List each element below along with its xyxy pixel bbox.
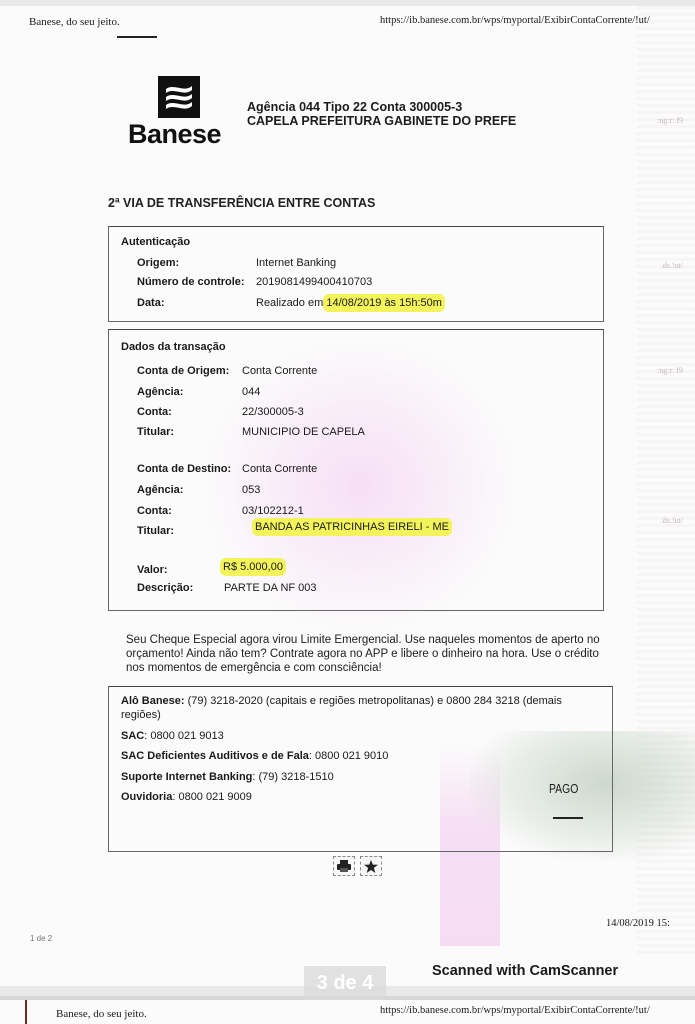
print-button[interactable] <box>333 856 355 876</box>
printer-icon <box>337 860 351 872</box>
header-slogan: Banese, do seu jeito. <box>56 1008 147 1020</box>
section-title: Dados da transação <box>121 341 226 353</box>
highlighted-amount: R$ 5.000,00 <box>223 561 283 573</box>
contact-sac: SAC: 0800 021 9013 <box>121 730 224 742</box>
field-label: Conta: <box>137 505 172 517</box>
contact-sac-deficientes: SAC Deficientes Auditivos e de Fala: 080… <box>121 750 388 762</box>
field-value: 044 <box>242 386 260 398</box>
field-label: Data: <box>137 297 165 309</box>
field-label: Titular: <box>137 525 174 537</box>
destination-holder: Titular: BANDA AS PATRICINHAS EIRELI - M… <box>137 525 174 537</box>
promo-message: Seu Cheque Especial agora virou Limite E… <box>126 633 616 675</box>
destination-agency: Agência: 053 <box>137 484 183 496</box>
field-label: Conta de Origem: <box>137 365 229 377</box>
contact-value: : 0800 021 9010 <box>309 750 389 762</box>
field-value: PARTE DA NF 003 <box>224 582 317 594</box>
page-marker: 1 de 2 <box>30 934 52 943</box>
contact-label: SAC <box>121 730 144 742</box>
field-label: Titular: <box>137 426 174 438</box>
field-value: 22/300005-3 <box>242 406 304 418</box>
document-title: 2ª VIA DE TRANSFERÊNCIA ENTRE CONTAS <box>108 196 375 210</box>
field-label: Valor: <box>137 564 168 576</box>
contact-label: SAC Deficientes Auditivos e de Fala <box>121 750 309 762</box>
brand-logo-text: Banese <box>128 119 221 150</box>
contact-label: Alô Banese: <box>121 695 185 707</box>
favorite-button[interactable] <box>360 856 382 876</box>
field-label: Conta: <box>137 406 172 418</box>
banese-waves-icon <box>158 76 200 118</box>
header-slogan: Banese, do seu jeito. <box>29 16 120 28</box>
scanned-page: :ng:r: f9 .ds.!ut/ :ng:r: f9 .ds.!ut/ Ba… <box>0 6 695 986</box>
contact-suporte: Suporte Internet Banking: (79) 3218-1510 <box>121 771 334 783</box>
camscanner-watermark: Scanned with CamScanner <box>432 963 618 979</box>
paid-stamp: PAGO <box>549 781 578 796</box>
highlighted-holder: BANDA AS PATRICINHAS EIRELI - ME <box>255 521 449 533</box>
account-header-line1: Agência 044 Tipo 22 Conta 300005-3 <box>247 100 516 114</box>
pen-mark <box>117 36 157 38</box>
auth-row-control-number: Número de controle: 2019081499400410703 <box>137 276 245 288</box>
origin-agency: Agência: 044 <box>137 386 183 398</box>
field-label: Agência: <box>137 484 183 496</box>
auth-row-origin: Origem: Internet Banking <box>137 257 179 269</box>
highlighted-date: 14/08/2019 às 15h:50m <box>326 297 442 309</box>
section-title: Autenticação <box>121 236 190 248</box>
field-label: Agência: <box>137 386 183 398</box>
origin-account-type: Conta de Origem: Conta Corrente <box>137 365 229 377</box>
contact-value: (79) 3218-2020 (capitais e regiões metro… <box>185 695 562 707</box>
auth-row-date: Data: Realizado em 14/08/2019 às 15h:50m <box>137 297 165 309</box>
bleed-through-margin: :ng:r: f9 .ds.!ut/ :ng:r: f9 .ds.!ut/ <box>637 6 695 956</box>
contact-value: : (79) 3218-1510 <box>252 771 333 783</box>
field-value: Internet Banking <box>256 257 336 269</box>
contact-alo-banese-cont: regiões) <box>121 709 161 721</box>
destination-account: Conta: 03/102212-1 <box>137 505 172 517</box>
contact-ouvidoria: Ouvidoria: 0800 021 9009 <box>121 791 252 803</box>
account-header-line2: CAPELA PREFEITURA GABINETE DO PREFE <box>247 114 516 128</box>
contact-label: Ouvidoria <box>121 791 172 803</box>
page-indicator: 3 de 4 <box>304 966 386 1000</box>
contacts-section: Alô Banese: (79) 3218-2020 (capitais e r… <box>108 686 613 852</box>
transaction-amount: Valor: R$ 5.000,00 <box>137 564 168 576</box>
field-value: Conta Corrente <box>242 463 317 475</box>
field-label: Origem: <box>137 257 179 269</box>
field-label: Número de controle: <box>137 276 245 288</box>
field-value: Conta Corrente <box>242 365 317 377</box>
account-header: Agência 044 Tipo 22 Conta 300005-3 CAPEL… <box>247 100 516 128</box>
transaction-section: Dados da transação Conta de Origem: Cont… <box>108 329 604 611</box>
field-value-prefix: Realizado em <box>256 297 326 309</box>
contact-value: : 0800 021 9013 <box>144 730 224 742</box>
origin-account: Conta: 22/300005-3 <box>137 406 172 418</box>
field-label: Descrição: <box>137 582 193 594</box>
header-url: https://ib.banese.com.br/wps/myportal/Ex… <box>380 15 650 26</box>
contact-alo-banese: Alô Banese: (79) 3218-2020 (capitais e r… <box>121 695 562 707</box>
authentication-section: Autenticação Origem: Internet Banking Nú… <box>108 226 604 322</box>
field-value: 053 <box>242 484 260 496</box>
next-scanned-page: Banese, do seu jeito. https://ib.banese.… <box>0 996 695 1024</box>
contact-value: : 0800 021 9009 <box>172 791 252 803</box>
transaction-description: Descrição: PARTE DA NF 003 <box>137 582 193 594</box>
field-value: MUNICIPIO DE CAPELA <box>242 426 365 438</box>
header-url: https://ib.banese.com.br/wps/myportal/Ex… <box>380 1005 650 1016</box>
print-datetime: 14/08/2019 15: <box>606 918 670 929</box>
field-label: Conta de Destino: <box>137 463 231 475</box>
field-value: 03/102212-1 <box>242 505 304 517</box>
origin-holder: Titular: MUNICIPIO DE CAPELA <box>137 426 174 438</box>
field-value: 2019081499400410703 <box>256 276 372 288</box>
signature-mark <box>553 817 583 819</box>
margin-line <box>25 1000 27 1024</box>
star-icon <box>364 860 378 873</box>
contact-label: Suporte Internet Banking <box>121 771 252 783</box>
destination-account-type: Conta de Destino: Conta Corrente <box>137 463 231 475</box>
